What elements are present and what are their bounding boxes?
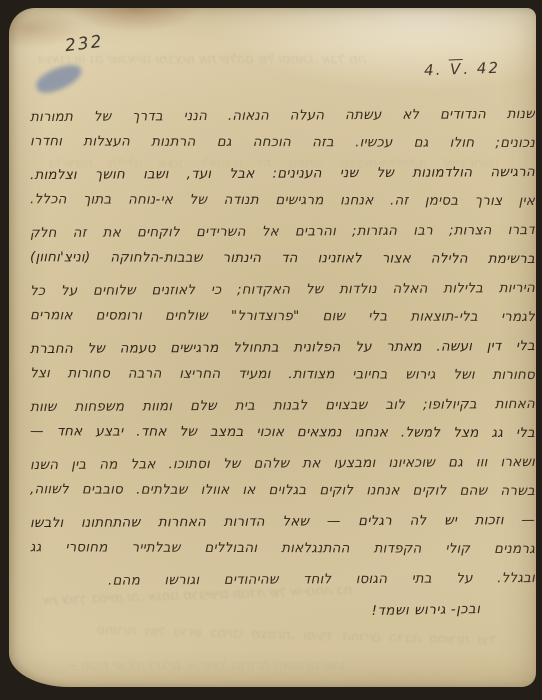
bleedthrough-line: ושארו ווו גם שוכאיונו ומבצעו את שלהם של … (39, 52, 369, 67)
entry-date-year: . 42 (463, 59, 500, 78)
handwritten-line: גרמנים קולי הקפדות ההתנגלאות והבוללים שב… (30, 533, 535, 564)
ink-smudge (33, 59, 85, 98)
entry-date: 4. V. 42 (424, 59, 501, 80)
handwritten-line: סחורות ושל גירוש בחיובי מצודות. ומעיד הח… (30, 359, 535, 390)
page-number: 232 (64, 32, 105, 57)
bleedthrough-line: — וזכות יש לה רגלים — שאל הדורות האחרות … (65, 658, 345, 673)
handwritten-line: ובגלל. על בתי הגוסו לוחד שהיהודים וגורשו… (108, 564, 535, 596)
bleedthrough-line: סחורות ושל גירוש בחיובי מצודות. ומעיד הח… (97, 623, 497, 648)
closing-line: ובכן- גירוש ושמד! (327, 600, 525, 619)
handwritten-line: בלי גג מצל למשל. אנחנו נמצאים אוכוי במצב… (30, 417, 535, 448)
handwritten-line: לגמרי בלי-תוצאות בלי שום "פרוצדורל" שולח… (30, 301, 535, 332)
entry-date-day: 4. (424, 60, 450, 79)
handwritten-line: בשרה שהם לוקים אנחנו לוקים בגלוים או אוו… (30, 475, 535, 506)
manuscript-page: ושארו ווו גם שוכאיונו ומבצעו את שלהם של … (9, 8, 536, 687)
handwritten-line: אין צורך בסימן זה. אנחנו מרגישים תנודה ש… (30, 185, 535, 216)
handwritten-line: ברשימת הלילה אצור לאוזנינו הד הינתור שבב… (30, 243, 535, 274)
entry-date-month: V (449, 59, 464, 78)
handwritten-line: נכונים; חולו גם עכשיו. בזה הוכחה גם הרתנ… (30, 127, 535, 158)
handwriting-block: שנות הנדודים לא עשתה העלה הנאוה. הנני בד… (30, 100, 535, 618)
